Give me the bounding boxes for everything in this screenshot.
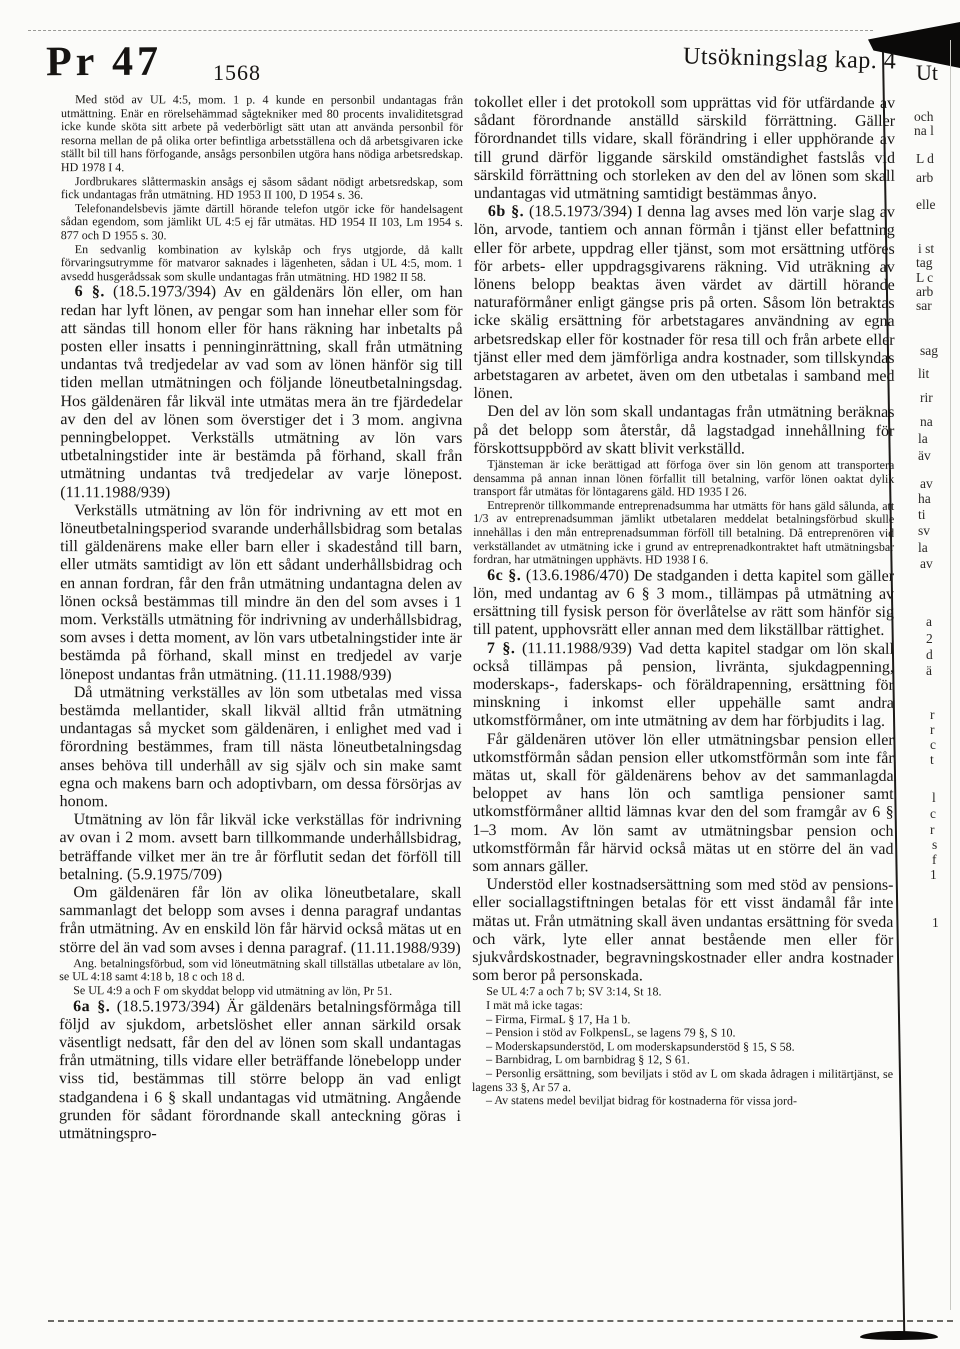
page-body: Med stöd av UL 4:5, mom. 1 p. 4 kunde en… <box>59 93 895 1145</box>
margin-text-fragment: t <box>930 753 934 767</box>
statute-paragraph: tokollet eller i det protokoll som upprä… <box>474 94 895 204</box>
margin-text-fragment: f <box>932 853 937 867</box>
margin-text-fragment: 1 <box>932 916 939 930</box>
statute-paragraph: Om gäldenären får lön av olika löneutbet… <box>59 884 461 958</box>
margin-text-fragment: 2 <box>926 632 933 646</box>
margin-text-fragment: l <box>932 791 936 805</box>
chapter-title: Utsökningslag kap. 4 <box>682 43 896 75</box>
top-edge-line <box>28 30 873 31</box>
margin-text-fragment: la <box>918 541 928 555</box>
margin-text-fragment: c <box>930 807 936 821</box>
margin-text-fragment: elle <box>916 198 936 212</box>
page-number: 1568 <box>213 60 261 86</box>
margin-text-fragment: arb <box>916 285 933 299</box>
margin-text-fragment: i st <box>918 242 934 256</box>
margin-text-fragment: s <box>932 838 937 852</box>
margin-rule <box>950 40 951 1310</box>
margin-text-fragment: äv <box>918 449 931 463</box>
margin-column-title: Ut <box>916 60 938 86</box>
margin-text-fragment: r <box>930 723 935 737</box>
commentary-note: Se UL 4:9 a och F om skyddat belopp vid … <box>59 984 461 998</box>
commentary-note: Jordbrukares slåttermaskin ansågs ej sås… <box>61 175 463 203</box>
ink-blob <box>860 1331 938 1340</box>
statute-paragraph: 6 §. (18.5.1973/394) Av en gäldenärs lön… <box>60 283 462 502</box>
margin-text-fragment: tag <box>916 256 933 270</box>
margin-text-fragment: na l <box>914 124 934 138</box>
commentary-note: En sedvanlig kombination av kylskåp och … <box>61 243 463 285</box>
section-number: 6c §. <box>487 567 521 584</box>
margin-text-fragment: c <box>930 738 936 752</box>
margin-text-fragment: L c <box>916 271 933 285</box>
statute-paragraph: 6b §. (18.5.1973/394) I denna lag avses … <box>473 203 894 404</box>
margin-text-fragment: sag <box>920 344 938 358</box>
margin-text-fragment: av <box>920 557 933 571</box>
section-number: 6 §. <box>75 283 105 300</box>
commentary-note: Entreprenör tillkommande entreprenadsumm… <box>473 499 894 568</box>
statute-paragraph: Får gäldenären utöver lön eller utmätnin… <box>472 731 893 878</box>
margin-text-fragment: r <box>930 708 935 722</box>
statute-paragraph: Utmätning av lön får likväl icke verkstä… <box>59 811 461 885</box>
statute-paragraph: Den del av lön som skall undantagas från… <box>473 403 894 458</box>
margin-text-fragment: d <box>926 648 933 662</box>
statute-paragraph: Då utmätning verkställes av lön som utbe… <box>60 684 462 812</box>
left-text-column: Med stöd av UL 4:5, mom. 1 p. 4 kunde en… <box>59 93 463 1144</box>
margin-text-fragment: a <box>926 615 932 629</box>
bottom-dashed-line <box>48 1320 953 1322</box>
statute-paragraph: 6a §. (18.5.1973/394) Är gäldenärs betal… <box>59 998 461 1144</box>
section-number: 6b §. <box>488 203 524 220</box>
commentary-note: Tjänsteman är icke berättigad att förfog… <box>473 458 894 500</box>
margin-text-fragment: sar <box>916 299 932 313</box>
commentary-note: Telefonandelsbevis jämte därtill hörande… <box>61 202 463 244</box>
margin-text-fragment: sv <box>918 524 930 538</box>
commentary-note: – Personlig ersättning, som beviljats i … <box>472 1067 893 1095</box>
statute-paragraph: 7 §. (11.11.1988/939) Vad detta kapitel … <box>473 640 894 732</box>
right-text-column: tokollet eller i det protokoll som upprä… <box>472 94 895 1145</box>
margin-text-fragment: na <box>920 415 933 429</box>
margin-text-fragment: rir <box>920 391 933 405</box>
margin-text-fragment: L d <box>916 152 934 166</box>
commentary-note: Ang. betalningsförbud, som vid löneutmät… <box>59 957 461 985</box>
statute-paragraph: Understöd eller kostnadsersättning som m… <box>472 876 893 986</box>
margin-text-fragment: ha <box>918 492 931 506</box>
commentary-note: – Av statens medel beviljat bidrag för k… <box>472 1094 893 1108</box>
section-number: 6a §. <box>73 998 110 1015</box>
commentary-note: Med stöd av UL 4:5, mom. 1 p. 4 kunde en… <box>61 93 463 175</box>
section-reference: Pr 47 <box>46 38 162 87</box>
margin-text-fragment: lit <box>918 367 929 381</box>
margin-text-fragment: 1 <box>930 868 937 882</box>
margin-text-fragment: och <box>914 110 934 124</box>
margin-text-fragment: la <box>918 432 928 446</box>
margin-text-fragment: ti <box>918 508 926 522</box>
margin-text-fragment: av <box>920 477 933 491</box>
statute-paragraph: 6c §. (13.6.1986/470) De stadganden i de… <box>473 567 894 641</box>
statute-paragraph: Verkställs utmätning av lön för indrivni… <box>60 502 462 685</box>
scanned-law-page: Pr 47 1568 Utsökningslag kap. 4 Ut Med s… <box>0 0 960 1349</box>
section-number: 7 §. <box>487 640 516 657</box>
margin-text-fragment: r <box>930 823 935 837</box>
margin-text-fragment: ä <box>926 664 932 678</box>
margin-text-fragment: arb <box>916 171 933 185</box>
